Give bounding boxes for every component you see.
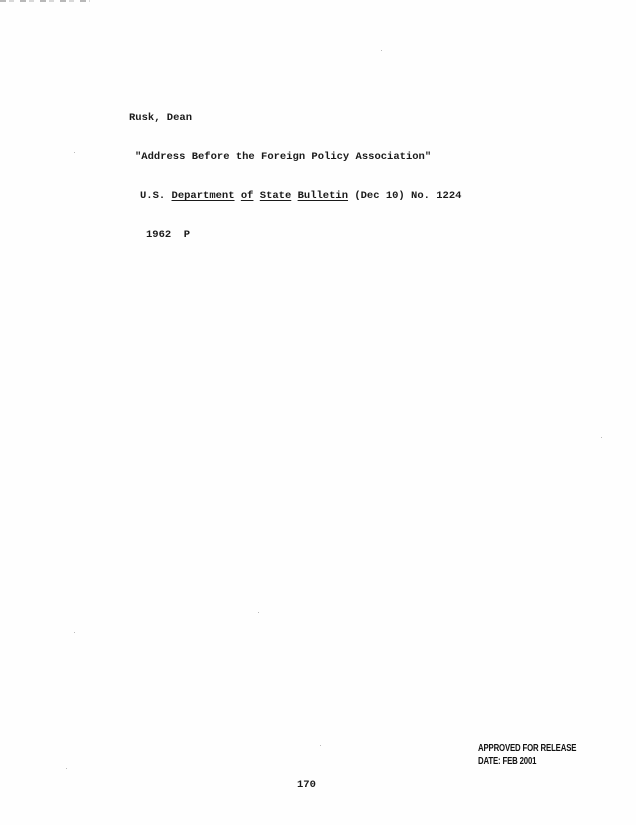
citation-title: "Address Before the Foreign Policy Assoc… (129, 151, 461, 164)
scan-speck (320, 745, 321, 746)
release-stamp-line1: APPROVED FOR RELEASE (478, 743, 576, 756)
page-number: 170 (297, 779, 316, 791)
release-stamp: APPROVED FOR RELEASE DATE: FEB 2001 (478, 743, 576, 768)
scan-speck (601, 437, 602, 438)
scan-speck (74, 152, 75, 153)
scan-speck (66, 768, 67, 769)
document-page: Rusk, Dean "Address Before the Foreign P… (0, 0, 636, 825)
citation-author: Rusk, Dean (129, 112, 461, 125)
source-word-of: of (241, 190, 254, 202)
scan-speck (258, 612, 259, 613)
scan-artifact (0, 0, 90, 2)
citation-source: U.S. Department of State Bulletin (Dec 1… (129, 190, 461, 203)
source-word-bulletin: Bulletin (298, 190, 348, 202)
source-suffix: (Dec 10) No. 1224 (348, 190, 461, 202)
source-word-state: State (260, 190, 292, 202)
citation-year: 1962 P (129, 229, 461, 242)
release-stamp-line2: DATE: FEB 2001 (478, 756, 576, 769)
source-word-department: Department (172, 190, 235, 202)
bibliographic-citation: Rusk, Dean "Address Before the Foreign P… (129, 86, 461, 268)
source-prefix: U.S. (140, 190, 172, 202)
scan-speck (74, 632, 75, 633)
scan-speck (381, 50, 382, 51)
